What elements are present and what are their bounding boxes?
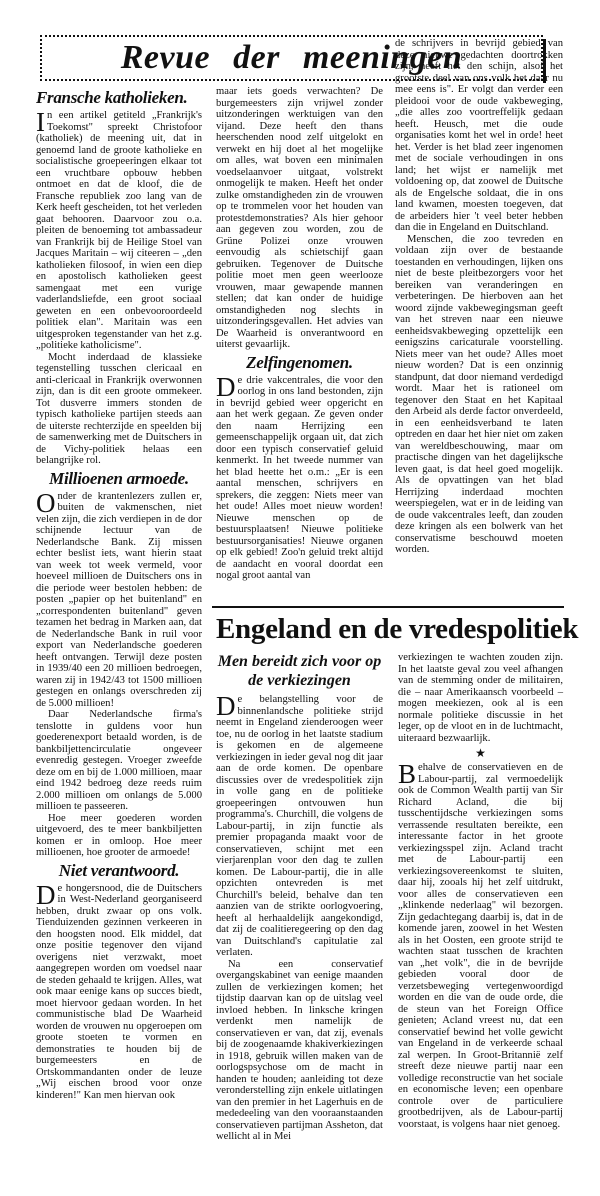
star-separator-icon: ★ xyxy=(398,746,563,760)
column-5: verkiezingen te wachten zouden zijn. In … xyxy=(398,652,563,1130)
column-1: Fransche katholieken. In een artikel get… xyxy=(36,86,202,1101)
paragraph: Menschen, die zoo tevreden en voldaan zi… xyxy=(395,234,563,556)
paragraph: Na een conservatief overgangskabinet van… xyxy=(216,959,383,1143)
newspaper-page: Revue der meeningen Fransche katholieken… xyxy=(0,0,600,1196)
column-3: de schrijvers in bevrijd gebied van deze… xyxy=(395,38,563,556)
paragraph: Mocht inderdaad de klassieke tegenstelli… xyxy=(36,352,202,467)
paragraph: Onder de krantenlezers zullen er, buiten… xyxy=(36,491,202,710)
paragraph: De belangstelling voor de binnenlandsche… xyxy=(216,694,383,959)
column-2: maar iets goeds verwachten? De burgemees… xyxy=(216,86,383,582)
heading-millioenen-armoede: Millioenen armoede. xyxy=(36,469,202,489)
subheading-verkiezingen: Men bereidt zich voor op de verkiezingen xyxy=(216,652,383,690)
paragraph: verkiezingen te wachten zouden zijn. In … xyxy=(398,652,563,744)
paragraph: De hongersnood, die de Duitschers in Wes… xyxy=(36,883,202,1102)
section-divider xyxy=(212,606,564,608)
heading-engeland-vredespolitiek: Engeland en de vredespolitiek xyxy=(216,612,566,646)
paragraph: Hoe meer goederen worden uitgevoerd, des… xyxy=(36,813,202,859)
heading-fransche-katholieken: Fransche katholieken. xyxy=(36,88,202,108)
paragraph: De drie vakcentrales, die voor den oorlo… xyxy=(216,375,383,582)
paragraph: Behalve de conservatieven en de Labour-p… xyxy=(398,762,563,1130)
paragraph: de schrijvers in bevrijd gebied van deze… xyxy=(395,38,563,234)
paragraph: In een artikel getiteld „Frankrijk's Toe… xyxy=(36,110,202,352)
column-4: Men bereidt zich voor op de verkiezingen… xyxy=(216,652,383,1143)
heading-zelfingenomen: Zelfingenomen. xyxy=(216,353,383,373)
paragraph: maar iets goeds verwachten? De burgemees… xyxy=(216,86,383,351)
heading-niet-verantwoord: Niet verantwoord. xyxy=(36,861,202,881)
paragraph: Daar Nederlandsche firma's tenslotte in … xyxy=(36,709,202,813)
